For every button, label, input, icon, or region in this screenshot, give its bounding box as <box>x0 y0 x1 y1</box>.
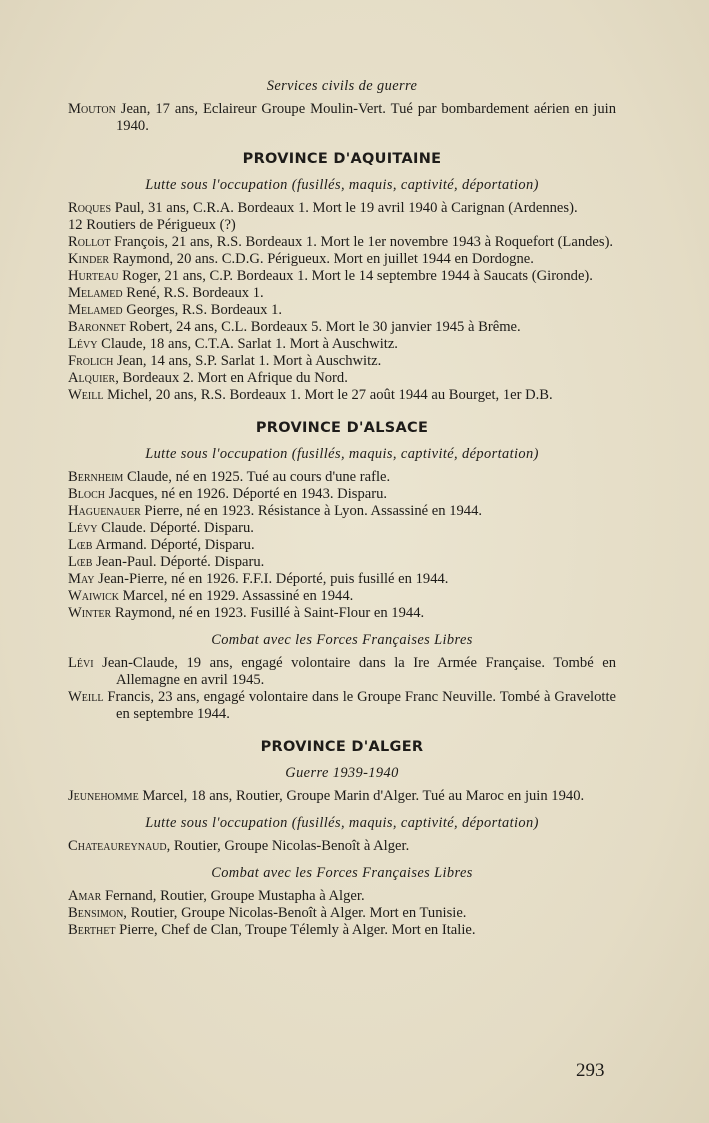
person-surname: Frolich <box>68 353 113 369</box>
person-surname: Mouton <box>68 101 116 117</box>
person-surname: Bernheim <box>68 469 123 485</box>
entry-text: René, R.S. Bordeaux 1. <box>123 285 264 301</box>
person-surname: Jeunehomme <box>68 788 139 804</box>
entry-text: Armand. Déporté, Disparu. <box>92 537 254 553</box>
person-surname: Bloch <box>68 486 105 502</box>
person-surname: Lévy <box>68 520 97 536</box>
subtitle-aquitaine: Lutte sous l'occupation (fusillés, maqui… <box>68 177 616 194</box>
list-item: Bernheim Claude, né en 1925. Tué au cour… <box>68 469 616 486</box>
list-item: 12 Routiers de Périgueux (?) <box>68 217 616 234</box>
person-surname: Melamed <box>68 302 123 318</box>
entry-text: Jean-Claude, 19 ans, engagé volontaire d… <box>94 655 616 688</box>
entry-text: Claude, 18 ans, C.T.A. Sarlat 1. Mort à … <box>97 336 397 352</box>
entry-text: Marcel, né en 1929. Assassiné en 1944. <box>119 588 353 604</box>
list-item: Haguenauer Pierre, né en 1923. Résistanc… <box>68 503 616 520</box>
subtitle-alger-occupation: Lutte sous l'occupation (fusillés, maqui… <box>68 815 616 832</box>
list-item: Waiwick Marcel, né en 1929. Assassiné en… <box>68 588 616 605</box>
person-surname: Weill <box>68 387 103 403</box>
person-surname: Weill <box>68 689 103 705</box>
person-surname: Melamed <box>68 285 123 301</box>
entry-text: Pierre, Chef de Clan, Troupe Télemly à A… <box>115 922 475 938</box>
list-item: Weill Michel, 20 ans, R.S. Bordeaux 1. M… <box>68 387 616 404</box>
person-surname: Kinder <box>68 251 109 267</box>
person-surname: Lœb <box>68 537 92 553</box>
entry-text: Jean, 17 ans, Eclaireur Groupe Moulin-Ve… <box>116 101 616 134</box>
person-surname: Waiwick <box>68 588 119 604</box>
entry-text: Francis, 23 ans, engagé volontaire dans … <box>103 689 616 722</box>
person-surname: Lévi <box>68 655 94 671</box>
person-surname: Chateaureynaud <box>68 838 167 854</box>
entry-text: Paul, 31 ans, C.R.A. Bordeaux 1. Mort le… <box>111 200 578 216</box>
list-item: Lœb Armand. Déporté, Disparu. <box>68 537 616 554</box>
page-body: Services civils de guerre Mouton Jean, 1… <box>68 78 616 939</box>
person-surname: Hurteau <box>68 268 119 284</box>
person-surname: Berthet <box>68 922 115 938</box>
entry-text: Fernand, Routier, Groupe Mustapha à Alge… <box>101 888 364 904</box>
person-surname: Lévy <box>68 336 97 352</box>
person-surname: Roques <box>68 200 111 216</box>
list-item: Roques Paul, 31 ans, C.R.A. Bordeaux 1. … <box>68 200 616 217</box>
list-item: Melamed Georges, R.S. Bordeaux 1. <box>68 302 616 319</box>
list-item: Jeunehomme Marcel, 18 ans, Routier, Grou… <box>68 788 616 805</box>
heading-aquitaine: PROVINCE D'AQUITAINE <box>68 151 616 168</box>
entry-text: Jean-Pierre, né en 1926. F.F.I. Déporté,… <box>95 571 449 587</box>
entry-text: Georges, R.S. Bordeaux 1. <box>123 302 282 318</box>
list-item: Bensimon, Routier, Groupe Nicolas-Benoît… <box>68 905 616 922</box>
entry-text: Roger, 21 ans, C.P. Bordeaux 1. Mort le … <box>119 268 593 284</box>
entry-text: Michel, 20 ans, R.S. Bordeaux 1. Mort le… <box>103 387 552 403</box>
list-item: Chateaureynaud, Routier, Groupe Nicolas-… <box>68 838 616 855</box>
list-item: Alquier, Bordeaux 2. Mort en Afrique du … <box>68 370 616 387</box>
list-item: Kinder Raymond, 20 ans. C.D.G. Périgueux… <box>68 251 616 268</box>
entry-text: Claude. Déporté. Disparu. <box>97 520 253 536</box>
person-surname: Bensimon <box>68 905 123 921</box>
person-surname: Alquier <box>68 370 115 386</box>
list-item: Winter Raymond, né en 1923. Fusillé à Sa… <box>68 605 616 622</box>
list-item: Baronnet Robert, 24 ans, C.L. Bordeaux 5… <box>68 319 616 336</box>
entry-text: Raymond, né en 1923. Fusillé à Saint-Flo… <box>111 605 424 621</box>
heading-alger: PROVINCE D'ALGER <box>68 739 616 756</box>
entry-text: Pierre, né en 1923. Résistance à Lyon. A… <box>141 503 482 519</box>
list-item: Bloch Jacques, né en 1926. Déporté en 19… <box>68 486 616 503</box>
entry-text: , Routier, Groupe Nicolas-Benoît à Alger… <box>167 838 410 854</box>
entry-text: Raymond, 20 ans. C.D.G. Périgueux. Mort … <box>109 251 534 267</box>
list-item: Frolich Jean, 14 ans, S.P. Sarlat 1. Mor… <box>68 353 616 370</box>
list-item: Lévy Claude, 18 ans, C.T.A. Sarlat 1. Mo… <box>68 336 616 353</box>
person-surname: Rollot <box>68 234 111 250</box>
entry-text: Marcel, 18 ans, Routier, Groupe Marin d'… <box>139 788 584 804</box>
list-item: Melamed René, R.S. Bordeaux 1. <box>68 285 616 302</box>
person-surname: Lœb <box>68 554 92 570</box>
person-surname: May <box>68 571 95 587</box>
subtitle-services: Services civils de guerre <box>68 78 616 95</box>
person-surname: Baronnet <box>68 319 126 335</box>
list-item: Lévi Jean-Claude, 19 ans, engagé volonta… <box>68 655 616 689</box>
subtitle-alger-ffl: Combat avec les Forces Françaises Libres <box>68 865 616 882</box>
list-item: Mouton Jean, 17 ans, Eclaireur Groupe Mo… <box>68 101 616 135</box>
person-surname: Haguenauer <box>68 503 141 519</box>
list-item: Hurteau Roger, 21 ans, C.P. Bordeaux 1. … <box>68 268 616 285</box>
list-item: May Jean-Pierre, né en 1926. F.F.I. Dépo… <box>68 571 616 588</box>
list-item: Rollot François, 21 ans, R.S. Bordeaux 1… <box>68 234 616 251</box>
entry-text: Robert, 24 ans, C.L. Bordeaux 5. Mort le… <box>126 319 521 335</box>
heading-alsace: PROVINCE D'ALSACE <box>68 420 616 437</box>
list-item: Weill Francis, 23 ans, engagé volontaire… <box>68 689 616 723</box>
entry-text: François, 21 ans, R.S. Bordeaux 1. Mort … <box>111 234 614 250</box>
page-number: 293 <box>576 1060 605 1082</box>
subtitle-alger-guerre: Guerre 1939-1940 <box>68 765 616 782</box>
list-item: Amar Fernand, Routier, Groupe Mustapha à… <box>68 888 616 905</box>
list-item: Lévy Claude. Déporté. Disparu. <box>68 520 616 537</box>
entry-text: Jacques, né en 1926. Déporté en 1943. Di… <box>105 486 387 502</box>
list-item: Berthet Pierre, Chef de Clan, Troupe Tél… <box>68 922 616 939</box>
person-surname: Winter <box>68 605 111 621</box>
entry-text: , Bordeaux 2. Mort en Afrique du Nord. <box>115 370 348 386</box>
entry-text: 12 Routiers de Périgueux (?) <box>68 217 236 233</box>
entry-text: , Routier, Groupe Nicolas-Benoît à Alger… <box>123 905 466 921</box>
list-item: Lœb Jean-Paul. Déporté. Disparu. <box>68 554 616 571</box>
subtitle-alsace: Lutte sous l'occupation (fusillés, maqui… <box>68 446 616 463</box>
person-surname: Amar <box>68 888 101 904</box>
entry-text: Claude, né en 1925. Tué au cours d'une r… <box>123 469 390 485</box>
entry-text: Jean, 14 ans, S.P. Sarlat 1. Mort à Ausc… <box>113 353 381 369</box>
entry-text: Jean-Paul. Déporté. Disparu. <box>92 554 264 570</box>
subtitle-alsace-ffl: Combat avec les Forces Françaises Libres <box>68 632 616 649</box>
